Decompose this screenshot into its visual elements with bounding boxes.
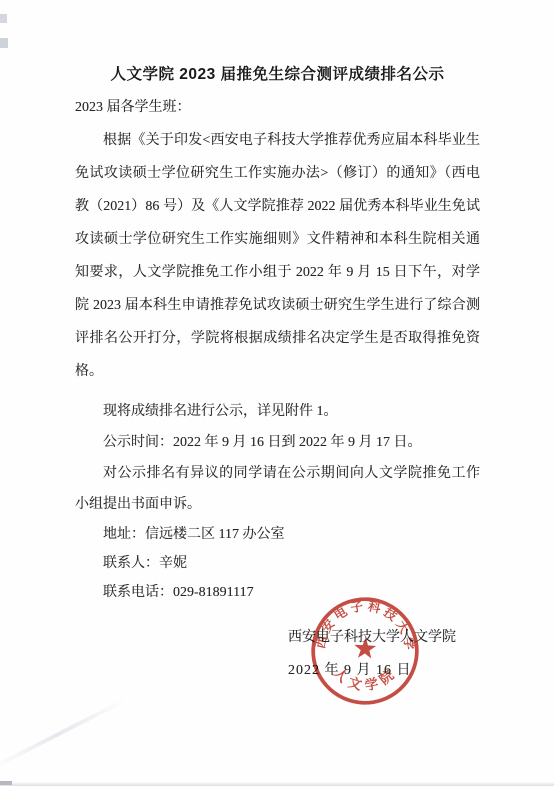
paragraph-main: 根据《关于印发<西安电子科技大学推荐优秀应届本科毕业生免试攻读硕士学位研究生工作… [75, 124, 480, 388]
official-seal-stamp: 西安电子科技大学 人 文 学 院 [305, 591, 425, 711]
salutation-line: 2023 届各学生班： [75, 98, 480, 118]
scan-artifact-mark [0, 38, 8, 48]
paragraph-ranking-notice: 现将成绩排名进行公示，详见附件 1。 [75, 396, 480, 427]
document-body: 人文学院 2023 届推免生综合测评成绩排名公示 2023 届各学生班： 根据《… [75, 62, 480, 607]
scanned-document-page: 人文学院 2023 届推免生综合测评成绩排名公示 2023 届各学生班： 根据《… [0, 0, 554, 786]
scan-crease [0, 698, 127, 770]
scan-edge-shadow [0, 782, 554, 786]
contact-block: 地址：信远楼二区 117 办公室 联系人：辛妮 联系电话：029-8189111… [75, 520, 480, 607]
page-title: 人文学院 2023 届推免生综合测评成绩排名公示 [75, 62, 480, 88]
stamp-unit-char: 院 [376, 666, 397, 687]
scan-artifact-mark [0, 14, 7, 23]
star-icon [354, 637, 377, 659]
contact-person: 联系人：辛妮 [75, 549, 480, 578]
contact-address: 地址：信远楼二区 117 办公室 [75, 520, 480, 549]
paragraph-publicity-period: 公示时间：2022 年 9 月 16 日到 2022 年 9 月 17 日。 [75, 427, 480, 458]
paragraph-appeal: 对公示排名有异议的同学请在公示期间向人文学院推免工作小组提出书面申诉。 [75, 458, 480, 520]
stamp-unit-char: 文 [346, 674, 364, 693]
stamp-unit-text: 人 文 学 院 [330, 663, 398, 694]
